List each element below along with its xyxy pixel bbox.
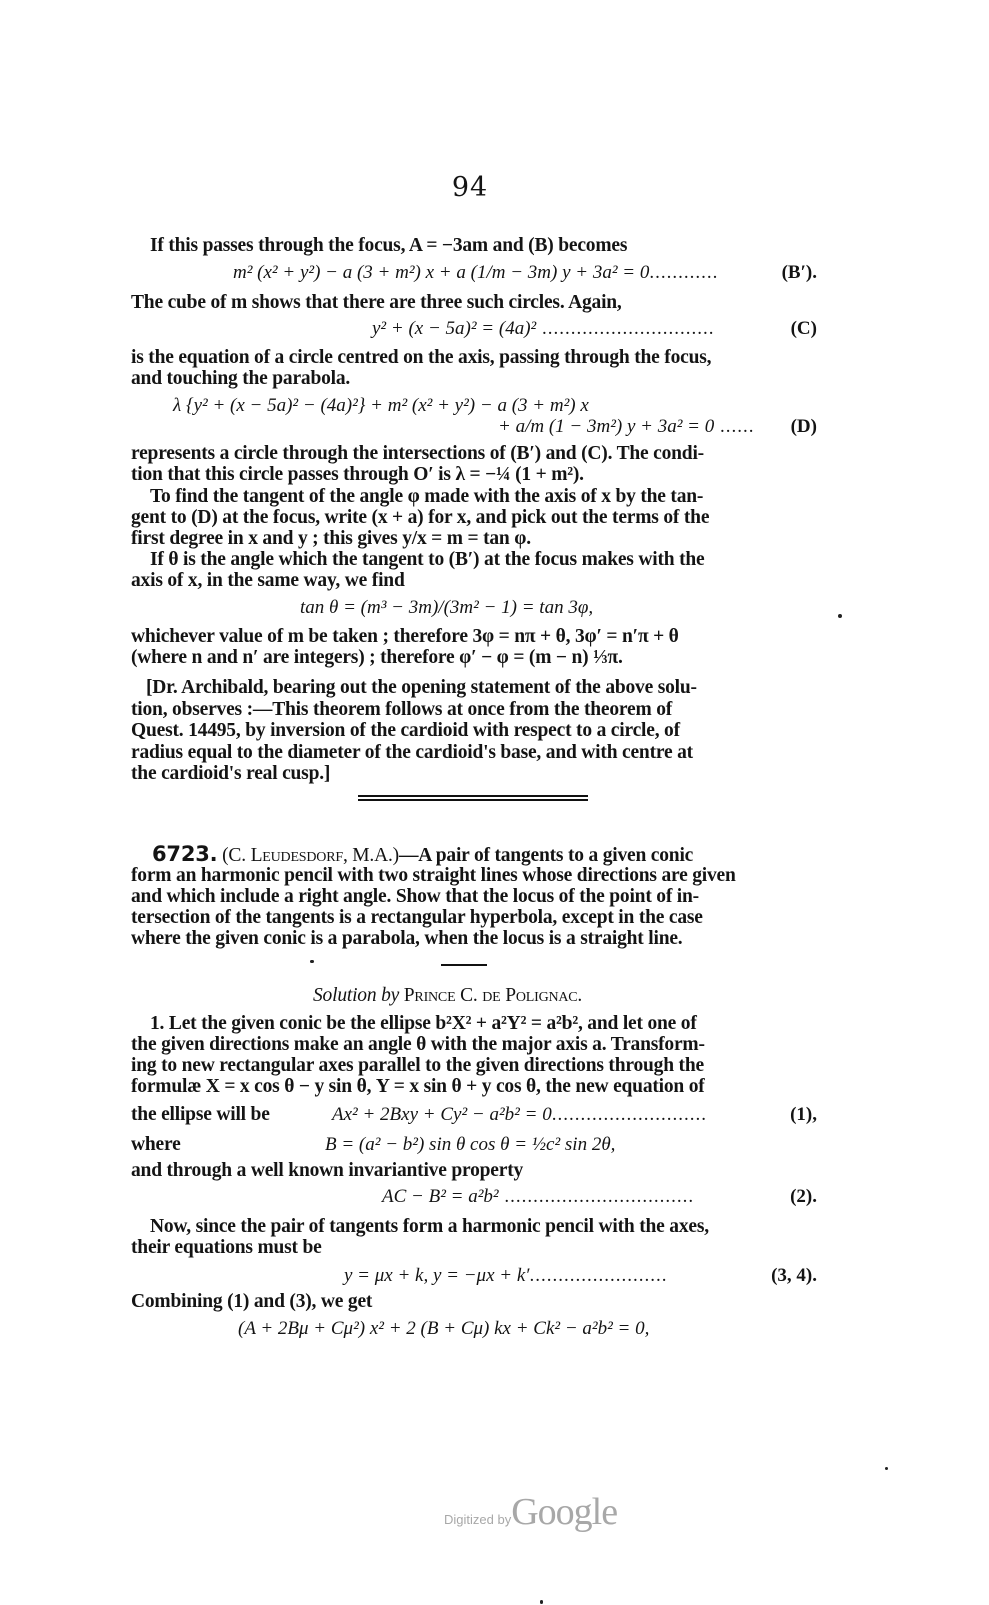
text-line: first degree in x and y ; this gives y/x…: [131, 528, 817, 550]
scan-speck: [540, 1600, 543, 1604]
note-line: radius equal to the diameter of the card…: [131, 742, 817, 764]
digitized-by-google-watermark: Digitized byGoogle: [444, 1490, 617, 1534]
question-heading-line: 6723. (C. Leudesdorf, M.A.)—A pair of ta…: [152, 843, 817, 867]
solution-line: Now, since the pair of tangents form a h…: [150, 1216, 817, 1238]
solution-line: Combining (1) and (3), we get: [131, 1291, 817, 1313]
note-line: [Dr. Archibald, bearing out the opening …: [146, 677, 817, 699]
text-line: and touching the parabola.: [131, 368, 817, 390]
equation-3-4: y = μx + k, y = −μx + k′................…: [344, 1265, 667, 1287]
equation-combined: (A + 2Bμ + Cμ²) x² + 2 (B + Cμ) kx + Ck²…: [238, 1318, 649, 1340]
text-line: To find the tangent of the angle φ made …: [150, 486, 817, 508]
note-line: the cardioid's real cusp.]: [131, 763, 817, 785]
equation-tag: (C): [791, 318, 817, 340]
watermark-small-text: Digitized by: [444, 1512, 511, 1527]
equation-tag: (D): [791, 416, 817, 438]
equation-C: y² + (x − 5a)² = (4a)² .................…: [372, 318, 714, 340]
text-line: If θ is the angle which the tangent to (…: [150, 549, 817, 571]
note-line: Quest. 14495, by inversion of the cardio…: [131, 720, 817, 742]
equation-D-line2: + a/m (1 − 3m²) y + 3a² = 0 ......: [498, 416, 755, 438]
scan-speck: [310, 960, 314, 963]
text-line: gent to (D) at the focus, write (x + a) …: [131, 507, 817, 529]
solution-line: formulæ X = x cos θ − y sin θ, Y = x sin…: [131, 1076, 817, 1098]
note-line: tion, observes :—This theorem follows at…: [131, 699, 817, 721]
question-line: and which include a right angle. Show th…: [131, 886, 817, 908]
question-author: (C. Leudesdorf, M.A.): [222, 845, 399, 866]
google-logo-text: Google: [511, 1491, 617, 1533]
solution-line: 1. Let the given conic be the ellipse b²…: [150, 1013, 817, 1035]
question-number: 6723.: [152, 842, 217, 866]
question-line: tersection of the tangents is a rectangu…: [131, 907, 817, 929]
text-line: The cube of m shows that there are three…: [131, 292, 817, 314]
solution-line: and through a well known invariantive pr…: [131, 1160, 817, 1182]
equation-D-line1: λ {y² + (x − 5a)² − (4a)²} + m² (x² + y²…: [173, 395, 589, 417]
text-line: axis of x, in the same way, we find: [131, 570, 817, 592]
equation-2: AC − B² = a²b² .........................…: [382, 1186, 694, 1208]
section-divider-double-rule: [358, 795, 588, 801]
solution-line: their equations must be: [131, 1237, 817, 1259]
equation-tag: (1),: [790, 1104, 817, 1126]
scan-speck: [885, 1467, 888, 1470]
equation-B-prime: m² (x² + y²) − a (3 + m²) x + a (1/m − 3…: [233, 262, 718, 284]
solution-line: ing to new rectangular axes parallel to …: [131, 1055, 817, 1077]
equation-1: Ax² + 2Bxy + Cy² − a²b² = 0.............…: [332, 1104, 707, 1126]
solution-line: the given directions make an angle θ wit…: [131, 1034, 817, 1056]
equation-tag: (B′).: [782, 262, 817, 284]
text-line: represents a circle through the intersec…: [131, 443, 817, 465]
text-line: whichever value of m be taken ; therefor…: [131, 626, 817, 648]
question-line: where the given conic is a parabola, whe…: [131, 928, 817, 950]
equation-tan-theta: tan θ = (m³ − 3m)/(3m² − 1) = tan 3φ,: [300, 597, 593, 619]
scan-speck: [838, 614, 842, 618]
solution-heading: Solution by Prince C. de Polignac.: [313, 985, 582, 1007]
section-divider-short-rule: [441, 964, 487, 966]
text-line: If this passes through the focus, A = −3…: [150, 235, 836, 257]
text-line: tion that this circle passes through O′ …: [131, 464, 817, 486]
equation-where-B: B = (a² − b²) sin θ cos θ = ½c² sin 2θ,: [325, 1134, 615, 1156]
text-line: (where n and n′ are integers) ; therefor…: [131, 647, 817, 669]
equation-tag: (2).: [790, 1186, 817, 1208]
solution-line: the ellipse will be: [131, 1104, 270, 1126]
text-line: is the equation of a circle centred on t…: [131, 347, 817, 369]
solution-line: where: [131, 1134, 181, 1156]
page-number: 94: [0, 172, 940, 203]
equation-tag: (3, 4).: [771, 1265, 817, 1287]
question-line: form an harmonic pencil with two straigh…: [131, 865, 817, 887]
